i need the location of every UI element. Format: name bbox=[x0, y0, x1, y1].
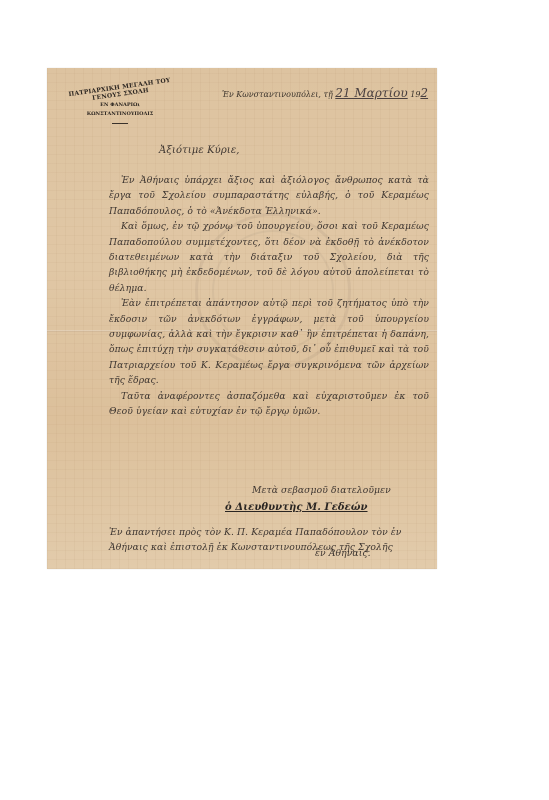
postscript: Ἐν ἀπαντήσει πρὸς τὸν Κ. Π. Κεραμέα Παπα… bbox=[109, 525, 429, 556]
paragraph: Ταῦτα ἀναφέροντες ἀσπαζόμεθα καὶ εὐχαρισ… bbox=[109, 389, 429, 420]
paragraph: Καὶ ὅμως, ἐν τῷ χρόνῳ τοῦ ὑπουργείου, ὅσ… bbox=[109, 219, 429, 296]
paragraph: Ἐὰν ἐπιτρέπεται ἀπάντησον αὐτῷ περὶ τοῦ … bbox=[109, 296, 429, 388]
paragraph: Ἐν Ἀθήναις ὑπάρχει ἄξιος καὶ ἀξιόλογος ἄ… bbox=[109, 173, 429, 219]
signature: ὁ Διευθυντὴς Μ. Γεδεών bbox=[225, 500, 368, 515]
letter-page: ΠΑΤΡΙΑΡΧΙΚΗ ΜΕΓΑΛΗ ΤΟΥ ΓΕΝΟΥΣ ΣΧΟΛΗ ΕΝ Φ… bbox=[47, 68, 437, 569]
dateline-year-suffix: 2 bbox=[420, 86, 428, 100]
place-line: ἐν Ἀθήναις. bbox=[315, 546, 371, 561]
closing: Μετὰ σεβασμοῦ διατελοῦμεν bbox=[252, 483, 391, 498]
letter-body: Ἐν Ἀθήναις ὑπάρχει ἄξιος καὶ ἀξιόλογος ἄ… bbox=[109, 173, 429, 420]
letterhead-divider bbox=[112, 123, 128, 124]
dateline: Ἐν Κωνσταντινουπόλει, τῇ 21 Μαρτίου 192 bbox=[222, 86, 428, 100]
letterhead-subtitle: ΚΩΝΣΤΑΝΤΙΝΟΥΠΟΛΙΣ bbox=[55, 111, 185, 117]
letterhead: ΠΑΤΡΙΑΡΧΙΚΗ ΜΕΓΑΛΗ ΤΟΥ ΓΕΝΟΥΣ ΣΧΟΛΗ ΕΝ Φ… bbox=[55, 84, 185, 124]
dateline-year-prefix: 19 bbox=[410, 90, 420, 99]
dateline-day-month: 21 Μαρτίου bbox=[335, 86, 407, 100]
dateline-prefix: Ἐν Κωνσταντινουπόλει, τῇ bbox=[222, 90, 333, 99]
salutation: Ἀξιότιμε Κύριε, bbox=[159, 143, 240, 158]
